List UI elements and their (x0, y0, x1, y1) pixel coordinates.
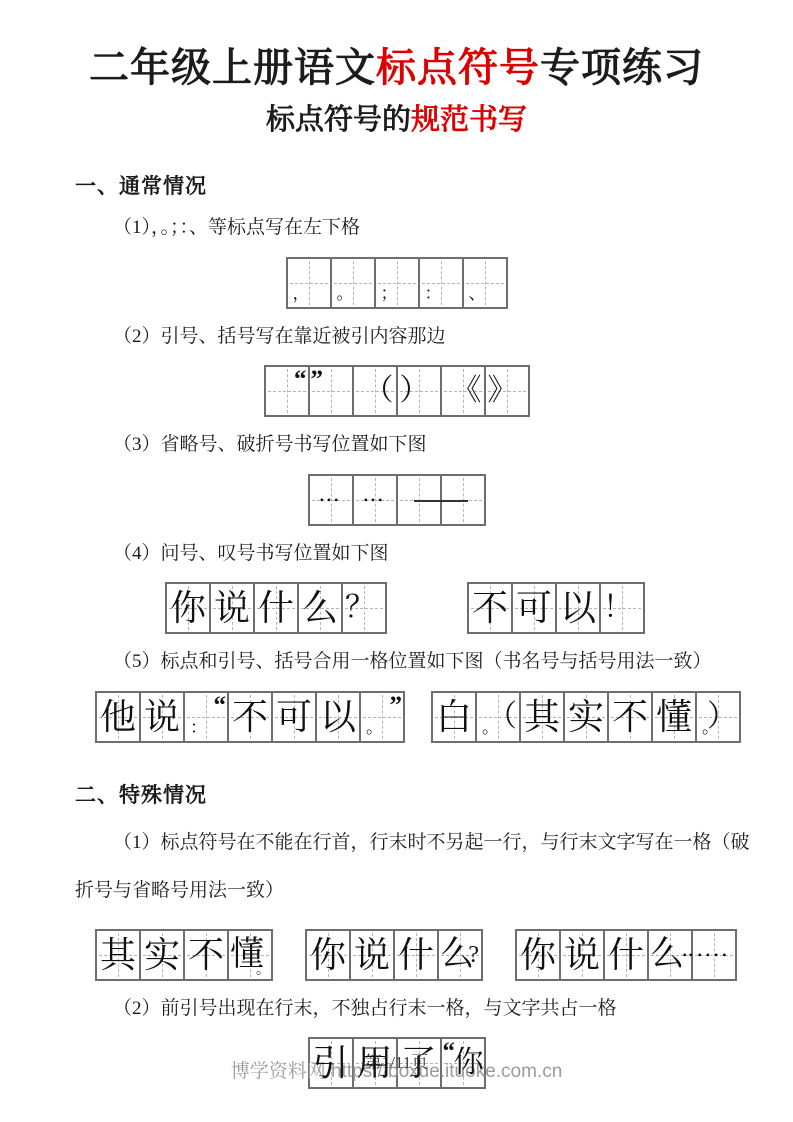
grid-glyph: （ (364, 376, 394, 406)
grid-cell: “ (264, 365, 310, 417)
grid-cell: 说 (349, 929, 395, 981)
grid-cell: 》 (484, 365, 530, 417)
grid-glyph: ••• (364, 494, 386, 506)
grid-glyph: ） (707, 702, 737, 732)
grid-cell: ） (396, 365, 442, 417)
subtitle-highlight: 规范书写 (411, 104, 527, 136)
grid-cell: 以 (555, 582, 601, 634)
grid-cell: 可 (511, 582, 557, 634)
writing-grid-line-end-question: 你说什么? (305, 929, 483, 981)
grid-cell: 。（ (475, 691, 521, 743)
section-2-item-1: （1）标点符号在不能在行首，行末时不另起一行，与行末文字写在一格（破折号与省略号… (75, 819, 763, 915)
grid-glyph: 不 (188, 937, 224, 973)
section-1-item-2: （2）引号、括号写在靠近被引内容那边 (75, 323, 718, 352)
grid-glyph: 用 (356, 1045, 392, 1081)
grid-glyph: ！ (603, 593, 633, 623)
grid-glyph: 不 (232, 699, 268, 735)
section-1-item-1: （1），。；：、等标点写在左下格 (75, 214, 718, 243)
grid-glyph: 他 (100, 699, 136, 735)
grid-glyph: “ (214, 693, 227, 718)
title-post: 专项练习 (540, 45, 704, 90)
grid-glyph: ； (381, 285, 398, 302)
page-footer: 博学资料网 https://boxue.ituoke.com.cn 第1/11页 (0, 1040, 793, 1100)
grid-glyph: 以 (560, 590, 596, 626)
section-2-item-2: （2）前引号出现在行末，不独占行末一格，与文字共占一格 (75, 995, 718, 1024)
grid-glyph: 你 (454, 1048, 484, 1078)
grid-cell (396, 474, 442, 526)
grid-glyph: 什 (398, 937, 434, 973)
title-pre: 二年级上册语文 (89, 45, 376, 90)
grid-glyph: 你 (170, 590, 206, 626)
worksheet-page: 二年级上册语文标点符号专项练习 标点符号的规范书写 一、通常情况 （1），。；：… (0, 0, 793, 1122)
grid-glyph: 什 (258, 590, 294, 626)
writing-grid-quotes-brackets: “”（）《》 (264, 365, 530, 417)
page-title: 二年级上册语文标点符号专项练习 (0, 36, 793, 93)
grid-row-merged-punctuation: 他说：“不可以。” 白。（其实不懂。） (0, 691, 793, 743)
grid-cell: ； (374, 257, 420, 309)
grid-cell: ••• (308, 474, 354, 526)
grid-glyph: 说 (214, 590, 250, 626)
grid-glyph: 么 (302, 590, 338, 626)
grid-cell: 不 (227, 691, 273, 743)
grid-glyph: 可 (276, 699, 312, 735)
grid-cell: 不 (607, 691, 653, 743)
grid-cell: 可 (271, 691, 317, 743)
writing-grid-question: 你说什么？ (165, 582, 387, 634)
grid-cell: 。” (359, 691, 405, 743)
grid-row-punctuation: ，。；：、 (0, 257, 793, 309)
grid-glyph: ： (190, 719, 207, 736)
grid-cell: 懂 (651, 691, 697, 743)
writing-grid-exclaim: 不可以！ (467, 582, 645, 634)
grid-glyph: 。 (337, 285, 354, 302)
grid-cell: 你 (305, 929, 351, 981)
grid-glyph: （ (487, 702, 517, 732)
grid-cell: 不 (467, 582, 513, 634)
grid-cell: ， (286, 257, 332, 309)
grid-glyph: 你 (310, 937, 346, 973)
grid-glyph: ” (311, 367, 324, 392)
grid-glyph: 以 (320, 699, 356, 735)
grid-cell: 、 (462, 257, 508, 309)
grid-cell (440, 474, 486, 526)
grid-cell: ！ (599, 582, 645, 634)
grid-glyph: 引 (312, 1045, 348, 1081)
writing-grid-ellipsis-dash: •••••• (308, 474, 486, 526)
grid-cell: 不 (183, 929, 229, 981)
grid-glyph: 白 (436, 699, 472, 735)
grid-glyph: ” (390, 693, 403, 718)
grid-glyph: •• (683, 949, 695, 961)
grid-glyph: 其 (524, 699, 560, 735)
grid-cell: 引 (308, 1037, 354, 1089)
grid-glyph: 不 (612, 699, 648, 735)
grid-cell: 么? (437, 929, 483, 981)
grid-cell: 以 (315, 691, 361, 743)
grid-glyph: ? (468, 943, 479, 967)
grid-cell: •••• (691, 929, 737, 981)
grid-glyph: 你 (520, 937, 556, 973)
grid-cell: 么 (297, 582, 343, 634)
grid-cell: 其 (95, 929, 141, 981)
grid-cell: 你 (515, 929, 561, 981)
grid-glyph: 说 (354, 937, 390, 973)
grid-glyph: 懂 (656, 699, 692, 735)
grid-glyph: 说 (144, 699, 180, 735)
section-1-item-4: （4）问号、叹号书写位置如下图 (75, 540, 718, 569)
writing-grid-bracket-merge: 白。（其实不懂。） (431, 691, 741, 743)
grid-cell: 你 (165, 582, 211, 634)
grid-cell: 。 (330, 257, 376, 309)
grid-cell: ？ (341, 582, 387, 634)
grid-glyph: 说 (564, 937, 600, 973)
grid-row-ellipsis-dash: •••••• (0, 474, 793, 526)
subtitle-pre: 标点符号的 (266, 104, 411, 136)
grid-cell: 实 (139, 929, 185, 981)
grid-cell: 白 (431, 691, 477, 743)
grid-cell: ：“ (183, 691, 229, 743)
page-subtitle: 标点符号的规范书写 (0, 97, 793, 138)
grid-row-line-end: 其实不懂。 你说什么? 你说什么•••••• (0, 929, 793, 981)
grid-glyph: 了 (400, 1045, 436, 1081)
grid-glyph: ） (400, 376, 430, 406)
grid-cell: 实 (563, 691, 609, 743)
writing-grid-line-end-ellipsis: 你说什么•••••• (515, 929, 737, 981)
section-2-heading: 二、特殊情况 (75, 779, 793, 809)
grid-cell: 懂。 (227, 929, 273, 981)
section-1-item-5: （5）标点和引号、括号合用一格位置如下图（书名号与括号用法一致） (75, 648, 718, 677)
grid-glyph: 不 (472, 590, 508, 626)
grid-glyph: 实 (568, 699, 604, 735)
section-1-item-3: （3）省略号、破折号书写位置如下图 (75, 431, 718, 460)
page-number: 第1/11页 (0, 1048, 793, 1073)
grid-cell: 什 (253, 582, 299, 634)
writing-grid-punctuation: ，。；：、 (286, 257, 508, 309)
grid-cell: 说 (209, 582, 255, 634)
title-highlight: 标点符号 (376, 45, 540, 90)
grid-row-quotes-brackets: “”（）《》 (0, 365, 793, 417)
grid-cell: （ (352, 365, 398, 417)
grid-glyph: ••• (320, 494, 342, 506)
grid-cell: 用 (352, 1037, 398, 1089)
grid-cell: 。） (695, 691, 741, 743)
grid-glyph: ？ (345, 593, 375, 623)
grid-cell: 什 (603, 929, 649, 981)
grid-cell: 《 (440, 365, 486, 417)
grid-glyph: “ (294, 367, 307, 392)
grid-cell: 他 (95, 691, 141, 743)
grid-glyph: 什 (608, 937, 644, 973)
grid-glyph: •••• (698, 949, 731, 961)
grid-cell: 其 (519, 691, 565, 743)
grid-cell: 说 (139, 691, 185, 743)
grid-glyph: 可 (516, 590, 552, 626)
grid-cell: ： (418, 257, 464, 309)
grid-cell: 什 (393, 929, 439, 981)
writing-grid-line-end-period: 其实不懂。 (95, 929, 273, 981)
grid-glyph: ： (425, 285, 442, 302)
grid-cell: 说 (559, 929, 605, 981)
grid-row-question-exclaim: 你说什么？ 不可以！ (0, 582, 793, 634)
grid-glyph (414, 500, 441, 502)
grid-glyph: 。 (256, 964, 270, 978)
grid-cell: 么•• (647, 929, 693, 981)
grid-glyph: ， (293, 285, 310, 302)
grid-glyph: 实 (144, 937, 180, 973)
grid-cell: ” (308, 365, 354, 417)
grid-glyph: 《 (452, 376, 482, 406)
grid-glyph: 。 (366, 719, 383, 736)
writing-grid-quote-merge: 他说：“不可以。” (95, 691, 405, 743)
grid-glyph: 》 (488, 376, 518, 406)
section-1-heading: 一、通常情况 (75, 170, 793, 200)
grid-glyph (442, 500, 468, 502)
grid-glyph: 么 (650, 938, 684, 972)
grid-glyph: 、 (469, 285, 486, 302)
grid-glyph: 其 (100, 937, 136, 973)
grid-cell: 了 (396, 1037, 442, 1089)
grid-cell: ••• (352, 474, 398, 526)
